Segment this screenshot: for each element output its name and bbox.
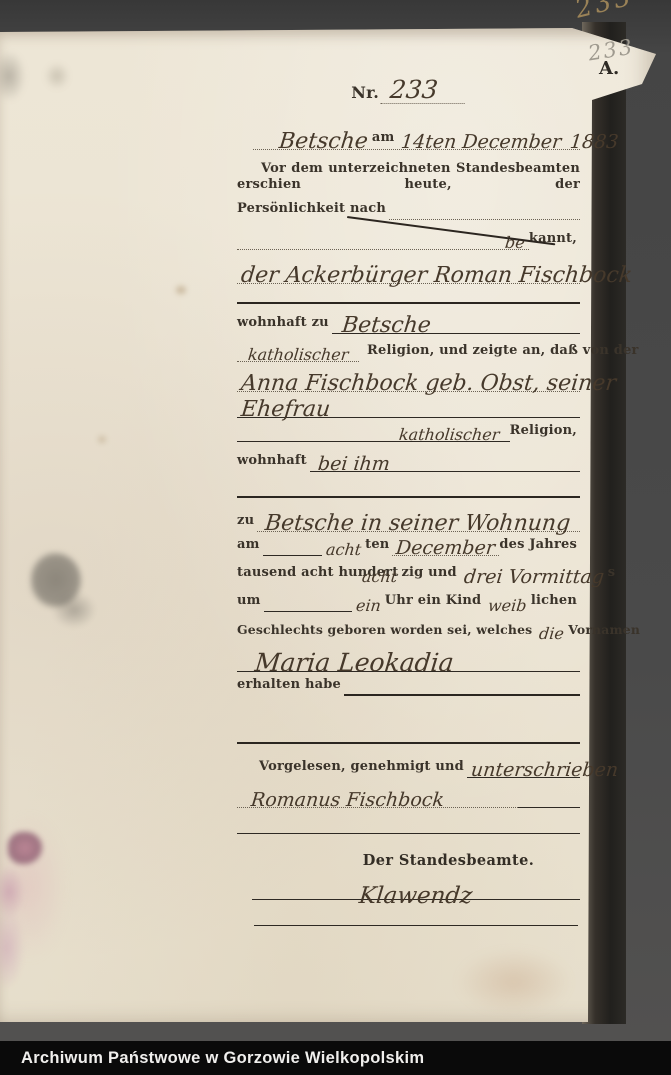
dateline-rule: Betsche am 14ten December 1883	[253, 130, 580, 150]
erhalten-rule	[344, 694, 580, 696]
erhalten-label: erhalten habe	[237, 677, 344, 696]
persoenlichkeit-line: Persönlichkeit nach	[237, 190, 580, 220]
archive-footer-bar: Archiwum Państwowe w Gorzowie Wielkopols…	[0, 1041, 671, 1075]
persoenlichkeit-label: Persönlichkeit nach	[237, 201, 389, 220]
dateline-year: 1883	[565, 133, 623, 152]
blank-rule-line	[237, 802, 580, 834]
dateline-date: 14ten December	[396, 133, 566, 152]
document-scan-viewer: 233 233 A. Nr. 233 Betsche am 14ten Dece…	[0, 0, 671, 1075]
record-number-line: Nr. 233	[237, 72, 580, 106]
nr-label: Nr.	[351, 83, 382, 106]
erhalten-line: erhalten habe	[237, 662, 580, 696]
s-label: s	[608, 565, 619, 584]
blank-rule-line	[237, 712, 580, 744]
dateline-place: Betsche	[252, 131, 373, 153]
rule-line	[237, 833, 580, 834]
corner-number-ink: 233	[572, 0, 636, 25]
rule-line	[254, 925, 578, 926]
blank-rule-line	[254, 892, 578, 926]
dateline-am-label: am	[372, 130, 398, 149]
archive-name: Archiwum Państwowe w Gorzowie Wielkopols…	[0, 1049, 424, 1068]
form-letter-a: A.	[599, 58, 619, 79]
residence-line: wohnhaft zu Betsche	[237, 300, 580, 334]
record-number-value: 233	[381, 77, 468, 104]
dateline: Betsche am 14ten December 1883	[253, 110, 580, 150]
